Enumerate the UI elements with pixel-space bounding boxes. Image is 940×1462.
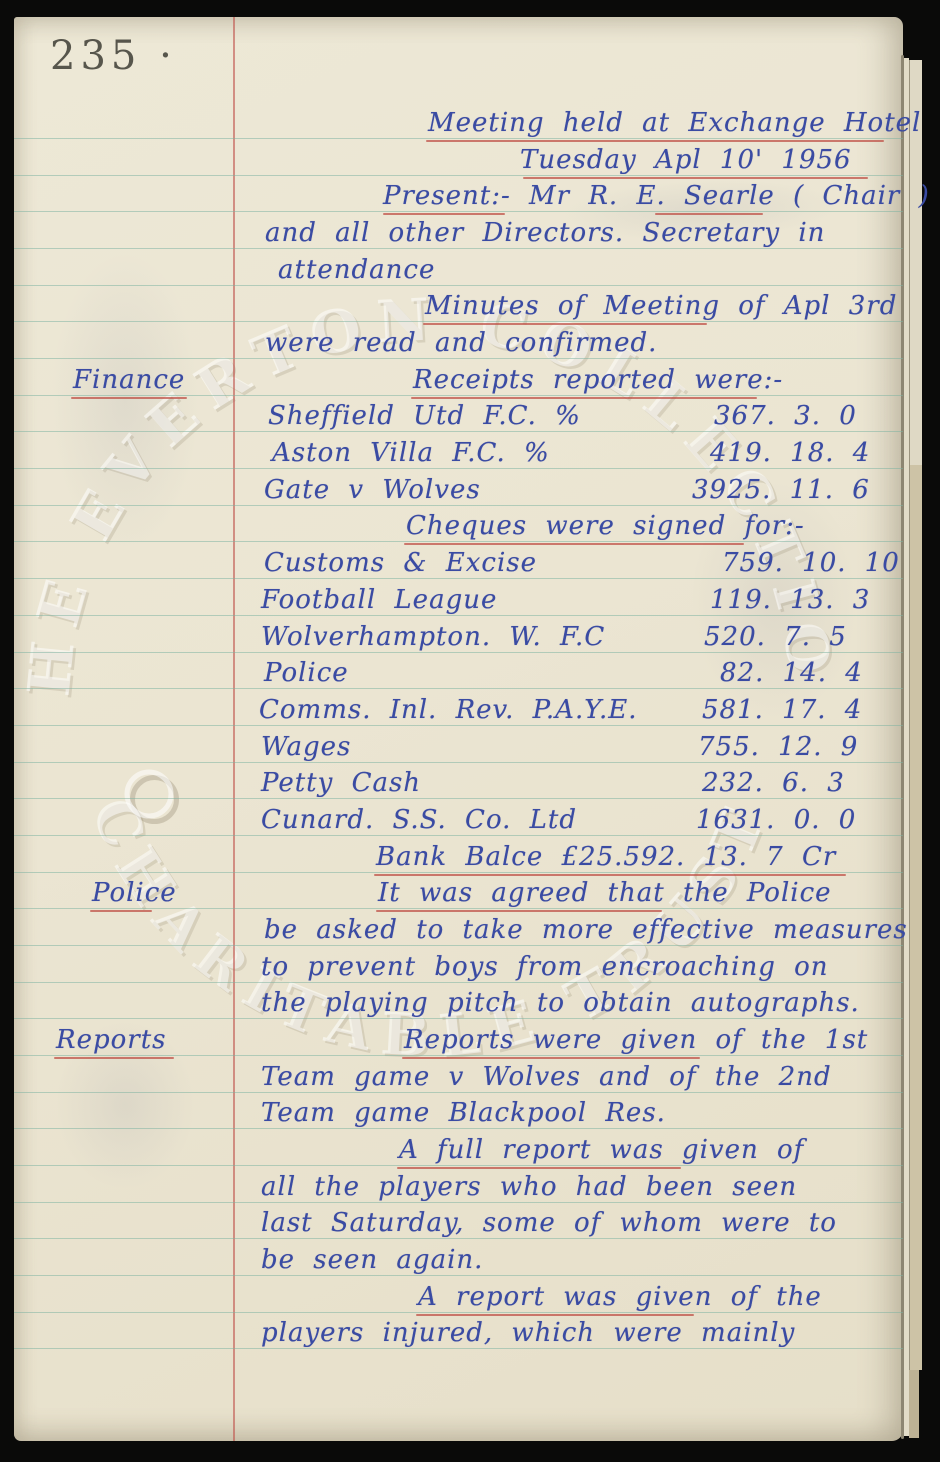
handwritten-line: Aston Villa F.C. %	[272, 438, 550, 469]
handwritten-line: Team game v Wolves and of the 2nd	[261, 1062, 832, 1093]
content-layer: 235 · Meeting held at Exchange HotelTues…	[0, 0, 940, 1462]
amount-value: 3925. 11. 6	[692, 475, 870, 506]
handwritten-line: and all other Directors. Secretary in	[265, 218, 825, 249]
handwritten-line: Bank Balce £25.592. 13. 7 Cr	[376, 842, 836, 873]
handwritten-line: Petty Cash	[261, 768, 421, 799]
handwritten-line: Meeting held at Exchange Hotel	[428, 108, 921, 139]
margin-label: Finance	[73, 365, 185, 396]
amount-value: 232. 6. 3	[702, 768, 845, 799]
amount-value: 419. 18. 4	[710, 438, 870, 469]
red-underline	[402, 1057, 700, 1059]
handwritten-line: Minutes of Meeting of Apl 3rd	[425, 291, 897, 322]
handwritten-line: to prevent boys from encroaching on	[261, 952, 829, 983]
handwritten-line: the playing pitch to obtain autographs.	[261, 988, 860, 1019]
red-underline	[426, 140, 884, 142]
amount-value: 82. 14. 4	[720, 658, 863, 689]
handwritten-line: Comms. Inl. Rev. P.A.Y.E.	[259, 695, 638, 726]
handwritten-line: Present:- Mr R. E. Searle ( Chair )	[383, 181, 930, 212]
page-number: 235 ·	[50, 36, 177, 76]
handwritten-line: A report was given of the	[418, 1282, 822, 1313]
handwritten-line: Tuesday Apl 10' 1956	[520, 145, 852, 176]
handwritten-line: Customs & Excise	[264, 548, 537, 579]
handwritten-line: last Saturday, some of whom were to	[261, 1208, 837, 1239]
handwritten-line: Wages	[261, 732, 351, 763]
handwritten-line: Cunard. S.S. Co. Ltd	[261, 805, 577, 836]
amount-value: 755. 12. 9	[698, 732, 858, 763]
handwritten-line: all the players who had been seen	[261, 1172, 797, 1203]
red-underline	[71, 397, 187, 399]
handwritten-line: be seen again.	[261, 1245, 483, 1276]
handwritten-line: Cheques were signed for:-	[406, 511, 805, 542]
red-underline	[523, 177, 868, 179]
red-underline	[374, 874, 846, 876]
handwritten-line: attendance	[278, 255, 435, 286]
red-underline	[655, 213, 763, 215]
red-underline	[54, 1057, 174, 1059]
ruled-line	[14, 285, 903, 286]
red-underline	[397, 1167, 681, 1169]
handwritten-line: be asked to take more effective measures	[264, 915, 908, 946]
red-margin-line	[233, 17, 235, 1441]
red-underline	[383, 213, 505, 215]
amount-value: 581. 17. 4	[702, 695, 862, 726]
handwritten-line: were read and confirmed.	[265, 328, 657, 359]
handwritten-line: It was agreed that the Police	[378, 878, 832, 909]
handwritten-line: Police	[264, 658, 349, 689]
amount-value: 520. 7. 5	[704, 622, 847, 653]
red-underline	[404, 543, 744, 545]
handwritten-line: Team game Blackpool Res.	[261, 1098, 666, 1129]
photo-backdrop: { "page": { "number": "235 ·", "watermar…	[0, 0, 940, 1462]
amount-value: 119. 13. 3	[710, 585, 870, 616]
handwritten-line: players injured, which were mainly	[261, 1318, 795, 1349]
red-underline	[376, 910, 662, 912]
margin-label: Reports	[56, 1025, 166, 1056]
handwritten-line: Wolverhampton. W. F.C	[261, 622, 605, 653]
handwritten-line: Receipts reported were:-	[413, 365, 783, 396]
amount-value: 1631. 0. 0	[696, 805, 856, 836]
handwritten-line: Gate v Wolves	[264, 475, 481, 506]
red-underline	[416, 1314, 694, 1316]
handwritten-line: Football League	[261, 585, 497, 616]
handwritten-line: A full report was given of	[399, 1135, 804, 1166]
red-underline	[411, 397, 757, 399]
red-underline	[90, 910, 152, 912]
handwritten-line: Sheffield Utd F.C. %	[268, 401, 581, 432]
amount-value: 367. 3. 0	[714, 401, 857, 432]
amount-value: 759. 10. 10	[722, 548, 900, 579]
red-underline	[423, 323, 707, 325]
handwritten-line: Reports were given of the 1st	[404, 1025, 868, 1056]
margin-label: Police	[92, 878, 177, 909]
